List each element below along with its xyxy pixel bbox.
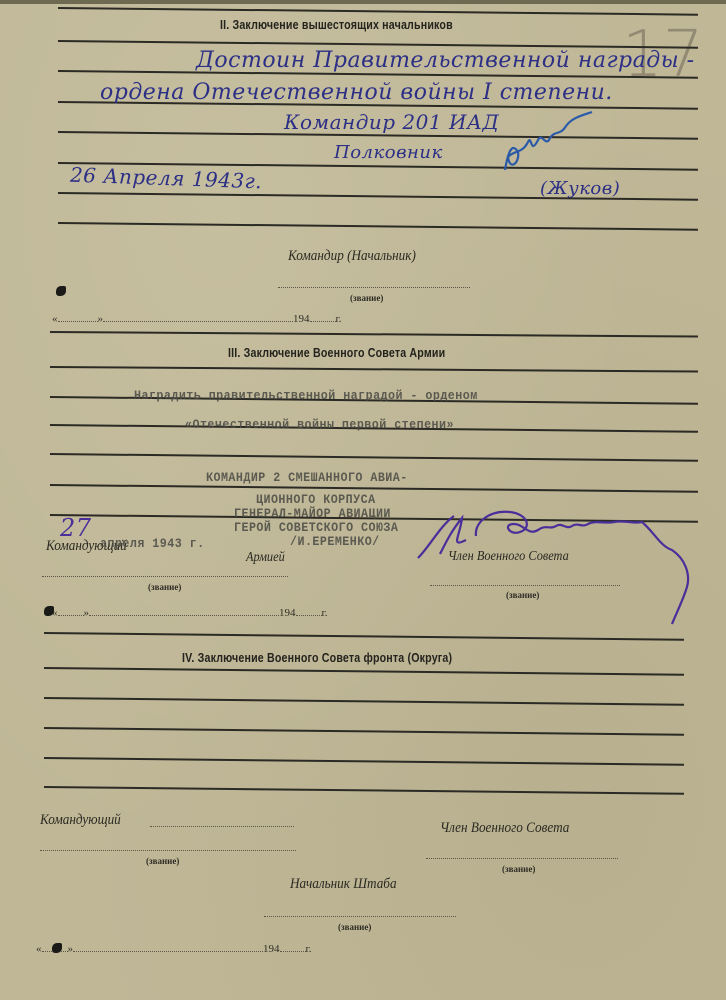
typed-signature-line-1: КОМАНДИР 2 СМЕШАННОГО АВИА- (206, 470, 408, 485)
handwritten-line-2: ордена Отечественной войны I степени. (100, 80, 613, 105)
year-prefix: 194 (279, 607, 296, 619)
rank-label-right: (звание) (506, 590, 539, 600)
rank-dotted-line (430, 585, 620, 586)
year-suffix: г. (306, 943, 312, 955)
rank-label-right: (звание) (502, 864, 535, 874)
rank-label: (звание) (350, 293, 383, 303)
date-template: «»194г. (52, 607, 328, 619)
rule-line (44, 632, 684, 641)
handwritten-line-1: Достоин Правительственной награды - (196, 48, 695, 73)
rank-label-left: (звание) (148, 582, 181, 592)
punch-hole (52, 943, 62, 953)
paper-top-edge (0, 0, 726, 4)
rank-label-center: (звание) (338, 922, 371, 932)
date-close-quote: » (68, 943, 74, 955)
rule-line (50, 331, 698, 338)
rank-dotted-line (264, 916, 456, 917)
date-template: «»194г. (52, 313, 342, 325)
punch-hole (44, 606, 54, 616)
rule-line (50, 453, 698, 462)
year-prefix: 194 (293, 313, 310, 325)
rule-line (44, 786, 684, 795)
date-close-quote: » (98, 313, 104, 325)
date-close-quote: » (84, 607, 90, 619)
typed-signature-line-3: ГЕНЕРАЛ-МАЙОР АВИАЦИИ (234, 506, 391, 521)
signature-violet (410, 506, 710, 631)
commander-label: Командир (Начальник) (288, 248, 416, 265)
section-3-heading: III. Заключение Военного Совета Армии (228, 345, 445, 360)
commander-dotted-line (150, 826, 294, 827)
signature-zhukov (500, 112, 600, 182)
year-suffix: г. (322, 607, 328, 619)
front-commander-label: Командующий (40, 812, 121, 829)
chief-of-staff-label: Начальник Штаба (290, 876, 397, 893)
rank-dotted-line (42, 576, 288, 577)
handwritten-line-4: Полковник (334, 142, 443, 163)
typed-line-2: «Отечественной войны первой степени» (185, 417, 454, 432)
rule-line (58, 7, 698, 16)
rank-label-left: (звание) (146, 856, 179, 866)
rule-line (58, 222, 698, 231)
rule-line (44, 667, 684, 676)
date-open-quote: « (36, 943, 42, 955)
typed-signature-line-2: ЦИОННОГО КОРПУСА (256, 492, 376, 507)
typed-signature-line-4: ГЕРОЙ СОВЕТСКОГО СОЮЗА (234, 520, 398, 535)
section-4-heading: IV. Заключение Военного Совета фронта (О… (182, 650, 452, 665)
rule-line (44, 757, 684, 766)
rank-dotted-line (278, 287, 470, 288)
rule-line (44, 727, 684, 736)
rank-dotted-line (40, 850, 296, 851)
rank-dotted-line (426, 858, 618, 859)
typed-signature-name: /И.ЕРЕМЕНКО/ (290, 534, 380, 549)
date-open-quote: « (52, 313, 58, 325)
rule-line (50, 366, 698, 373)
handwritten-line-3: Командир 201 ИАД (284, 110, 499, 134)
typed-line-1: Наградить правительственной наградой - о… (134, 388, 478, 403)
year-prefix: 194 (263, 943, 280, 955)
punch-hole (56, 286, 66, 296)
front-member-label: Член Военного Совета (440, 820, 569, 837)
typed-date: апреля 1943 г. (100, 536, 205, 551)
handwritten-date: 26 Апреля 1943г. (70, 163, 263, 194)
section-2-heading: II. Заключение вышестоящих начальников (220, 17, 453, 32)
year-suffix: г. (336, 313, 342, 325)
army-label: Армией (246, 550, 285, 566)
rule-line (44, 697, 684, 706)
date-template: «»194г. (36, 943, 312, 955)
